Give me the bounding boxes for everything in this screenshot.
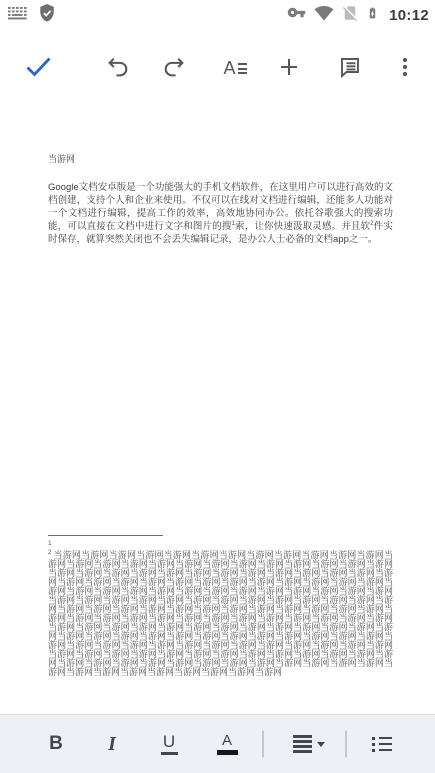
- comment-icon: [338, 55, 362, 82]
- text-color-button[interactable]: A: [205, 722, 249, 766]
- keyboard-icon: [8, 6, 27, 25]
- align-icon: [293, 735, 325, 752]
- wifi-icon: [314, 4, 334, 26]
- footnote-2[interactable]: 2当游网当游网当游网当游网当游网当游网当游网当游网当游网当游网当游网当游网当游网…: [48, 549, 393, 677]
- underline-button[interactable]: U: [147, 722, 191, 766]
- underline-icon: U: [163, 733, 175, 750]
- comment-button[interactable]: [328, 46, 372, 90]
- editor-toolbar: A: [0, 30, 435, 105]
- italic-icon: I: [108, 733, 116, 756]
- undo-icon: [106, 54, 131, 82]
- document-heading[interactable]: 当游网: [48, 152, 75, 165]
- status-bar-notifications: [8, 3, 56, 28]
- toolbar-divider: [345, 731, 347, 758]
- text-color-swatch: [217, 750, 238, 755]
- format-text-button[interactable]: A: [213, 46, 257, 90]
- insert-button[interactable]: [267, 46, 311, 90]
- key-icon: [286, 3, 307, 27]
- status-bar-clock: 10:12: [389, 7, 429, 24]
- google-docs-editor-screen: 10:12 A: [0, 0, 435, 773]
- check-icon: [25, 56, 52, 81]
- footnote-2-marker: 2: [48, 550, 51, 556]
- bold-icon: B: [49, 733, 63, 755]
- toolbar-divider: [262, 731, 264, 758]
- align-button[interactable]: [283, 722, 335, 766]
- no-sim-icon: [341, 4, 359, 27]
- status-bar: 10:12: [0, 0, 435, 30]
- formatting-toolbar: B I U A: [0, 714, 435, 773]
- more-options-button[interactable]: [383, 46, 427, 90]
- bulleted-list-icon: [372, 737, 392, 752]
- redo-icon: [161, 54, 186, 82]
- footnote-1[interactable]: 1: [48, 540, 52, 547]
- overflow-menu-icon: [393, 55, 417, 82]
- status-bar-system-icons: 10:12: [286, 3, 429, 28]
- underline-icon-bar: [161, 752, 178, 754]
- footnote-2-text[interactable]: 当游网当游网当游网当游网当游网当游网当游网当游网当游网当游网当游网当游网当游网当…: [48, 550, 393, 677]
- document-page[interactable]: 当游网 Google文档安卓版是一个功能强大的手机文档软件，在这里用户可以进行高…: [0, 105, 435, 714]
- format-text-icon: A: [223, 58, 246, 78]
- text-color-icon: A: [222, 733, 232, 748]
- undo-button[interactable]: [96, 46, 140, 90]
- chevron-down-icon: [317, 742, 325, 747]
- footnote-separator: [48, 535, 163, 536]
- done-button[interactable]: [16, 46, 60, 90]
- document-paragraph[interactable]: Google文档安卓版是一个功能强大的手机文档软件，在这里用户可以进行高效的文档…: [48, 181, 393, 246]
- bold-button[interactable]: B: [34, 722, 78, 766]
- plus-icon: [277, 55, 301, 82]
- redo-button[interactable]: [151, 46, 195, 90]
- battery-charging-icon: [366, 3, 379, 28]
- italic-button[interactable]: I: [90, 722, 134, 766]
- bulleted-list-button[interactable]: [360, 722, 404, 766]
- shield-check-icon: [38, 3, 56, 28]
- paragraph-text[interactable]: 索，让你快速汲取灵感。并且软: [235, 221, 370, 232]
